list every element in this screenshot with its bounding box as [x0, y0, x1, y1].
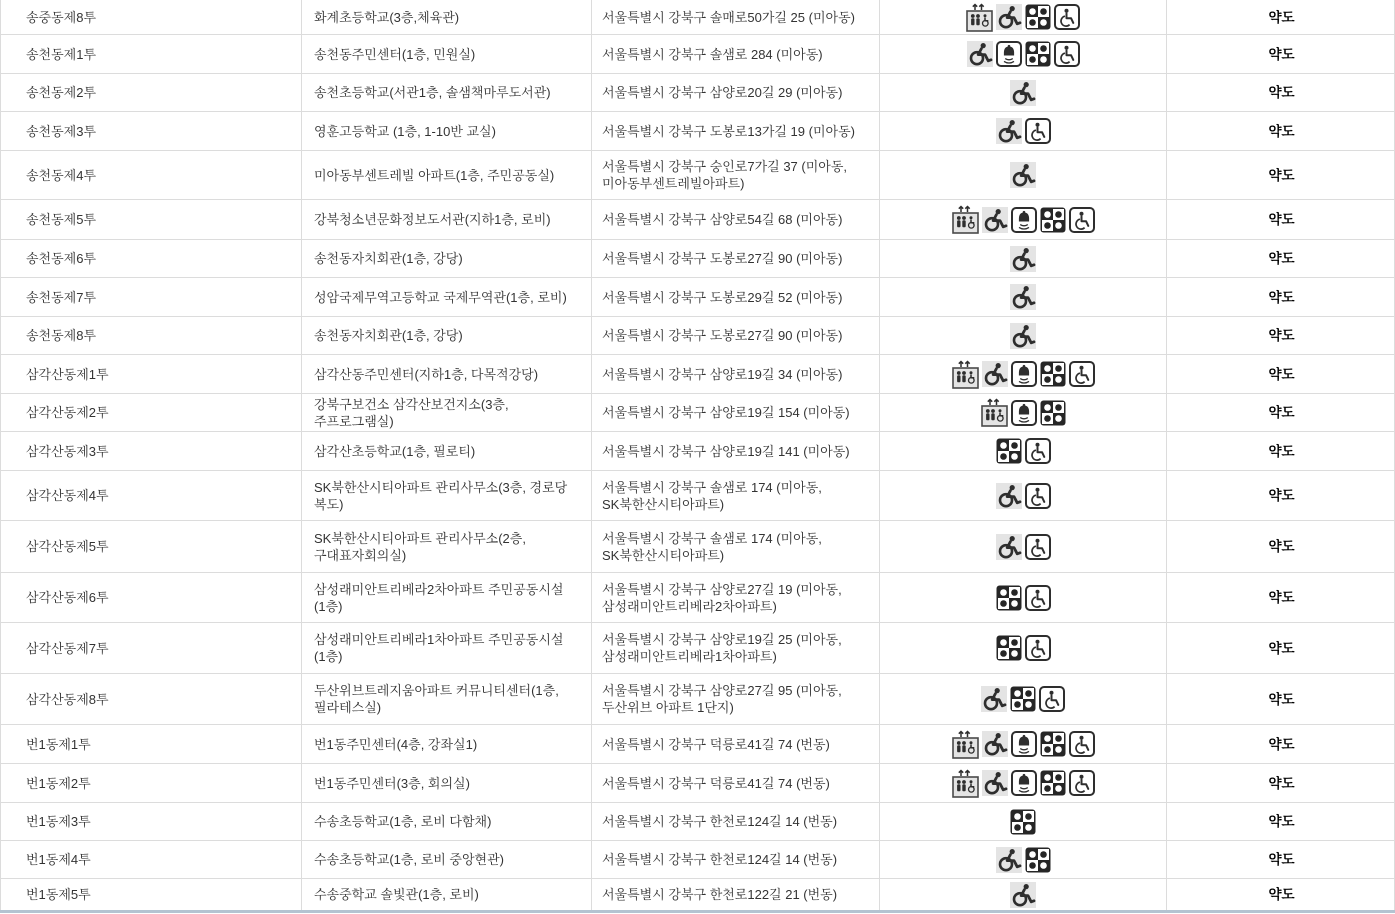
- map-cell: 약도: [1166, 879, 1395, 910]
- address-cell: 서울특별시 강북구 삼양로27길 19 (미아동, 삼성래미안트리베라2차아파트…: [591, 573, 879, 622]
- map-cell: 약도: [1166, 278, 1395, 316]
- address-cell: 서울특별시 강북구 삼양로19길 34 (미아동): [591, 355, 879, 393]
- wheelchair-ramp-icon: [1010, 284, 1036, 310]
- map-link[interactable]: 약도: [1268, 538, 1294, 555]
- facility-icons-cell: [879, 112, 1166, 150]
- facility-icons-cell: [879, 573, 1166, 622]
- map-cell: 약도: [1166, 35, 1395, 73]
- elevator-icon: [952, 360, 979, 389]
- place-cell: 성암국제무역고등학교 국제무역관(1층, 로비): [301, 278, 591, 316]
- facility-icons-cell: [879, 200, 1166, 239]
- elevator-icon: [966, 3, 993, 32]
- facility-icons-cell: [879, 0, 1166, 34]
- map-link[interactable]: 약도: [1268, 84, 1294, 101]
- place-cell: 송천동자치회관(1층, 강당): [301, 317, 591, 354]
- map-cell: 약도: [1166, 674, 1395, 724]
- place-cell: 화계초등학교(3층,체육관): [301, 0, 591, 34]
- braille-block-icon: [1025, 41, 1051, 67]
- place-cell: 삼성래미안트리베라1차아파트 주민공동시설(1층): [301, 623, 591, 673]
- elevator-icon: [952, 730, 979, 759]
- polling-station-table: 송중동제8투 화계초등학교(3층,체육관) 서울특별시 강북구 솔매로50가길 …: [0, 0, 1395, 910]
- district-cell: 삼각산동제4투: [1, 471, 301, 520]
- wheelchair-ramp-icon: [982, 361, 1008, 387]
- place-cell: SK북한산시티아파트 관리사무소(2층, 구대표자회의실): [301, 521, 591, 572]
- address-cell: 서울특별시 강북구 도봉로27길 90 (미아동): [591, 240, 879, 277]
- map-cell: 약도: [1166, 112, 1395, 150]
- map-link[interactable]: 약도: [1268, 123, 1294, 140]
- facility-icons-cell: [879, 879, 1166, 910]
- district-cell: 삼각산동제3투: [1, 432, 301, 470]
- wheelchair-ramp-icon: [982, 731, 1008, 757]
- district-cell: 송천동제8투: [1, 317, 301, 354]
- wheelchair-ramp-icon: [1010, 246, 1036, 272]
- table-row: 송천동제8투 송천동자치회관(1층, 강당) 서울특별시 강북구 도봉로27길 …: [1, 316, 1394, 354]
- district-cell: 번1동제2투: [1, 764, 301, 802]
- map-link[interactable]: 약도: [1268, 404, 1294, 421]
- address-cell: 서울특별시 강북구 솔샘로 174 (미아동, SK북한산시티아파트): [591, 471, 879, 520]
- place-cell: 삼각산동주민센터(지하1층, 다목적강당): [301, 355, 591, 393]
- district-cell: 번1동제4투: [1, 841, 301, 878]
- facility-icons-cell: [879, 764, 1166, 802]
- wheelchair-ramp-icon: [1010, 80, 1036, 106]
- call-bell-icon: [1011, 770, 1037, 796]
- address-cell: 서울특별시 강북구 도봉로13가길 19 (미아동): [591, 112, 879, 150]
- address-cell: 서울특별시 강북구 솔샘로 284 (미아동): [591, 35, 879, 73]
- map-link[interactable]: 약도: [1268, 327, 1294, 344]
- map-link[interactable]: 약도: [1268, 250, 1294, 267]
- map-link[interactable]: 약도: [1268, 886, 1294, 903]
- table-row: 송천동제4투 미아동부센트레빌 아파트(1층, 주민공동실) 서울특별시 강북구…: [1, 150, 1394, 199]
- district-cell: 삼각산동제7투: [1, 623, 301, 673]
- map-cell: 약도: [1166, 841, 1395, 878]
- facility-icons-cell: [879, 623, 1166, 673]
- map-cell: 약도: [1166, 151, 1395, 199]
- wheelchair-ramp-icon: [996, 847, 1022, 873]
- map-cell: 약도: [1166, 725, 1395, 763]
- place-cell: 강북청소년문화정보도서관(지하1층, 로비): [301, 200, 591, 239]
- table-row: 번1동제3투 수송초등학교(1층, 로비 다함채) 서울특별시 강북구 한천로1…: [1, 802, 1394, 840]
- braille-block-icon: [996, 635, 1022, 661]
- elevator-icon: [952, 769, 979, 798]
- map-cell: 약도: [1166, 764, 1395, 802]
- district-cell: 송천동제7투: [1, 278, 301, 316]
- table-row: 송천동제1투 송천동주민센터(1층, 민원실) 서울특별시 강북구 솔샘로 28…: [1, 34, 1394, 73]
- district-cell: 삼각산동제6투: [1, 573, 301, 622]
- accessible-toilet-icon: [1069, 731, 1095, 757]
- district-cell: 삼각산동제8투: [1, 674, 301, 724]
- table-row: 삼각산동제2투 강북구보건소 삼각산보건지소(3층, 주프로그램실) 서울특별시…: [1, 393, 1394, 431]
- accessible-toilet-icon: [1069, 770, 1095, 796]
- address-cell: 서울특별시 강북구 삼양로19길 141 (미아동): [591, 432, 879, 470]
- address-cell: 서울특별시 강북구 솔매로50가길 25 (미아동): [591, 0, 879, 34]
- facility-icons-cell: [879, 278, 1166, 316]
- table-row: 삼각산동제6투 삼성래미안트리베라2차아파트 주민공동시설(1층) 서울특별시 …: [1, 572, 1394, 622]
- accessible-toilet-icon: [1025, 635, 1051, 661]
- facility-icons-cell: [879, 432, 1166, 470]
- place-cell: 삼성래미안트리베라2차아파트 주민공동시설(1층): [301, 573, 591, 622]
- table-row: 번1동제1투 번1동주민센터(4층, 강좌실1) 서울특별시 강북구 덕릉로41…: [1, 724, 1394, 763]
- braille-block-icon: [1040, 361, 1066, 387]
- place-cell: 영훈고등학교 (1층, 1-10반 교실): [301, 112, 591, 150]
- district-cell: 번1동제1투: [1, 725, 301, 763]
- map-cell: 약도: [1166, 573, 1395, 622]
- call-bell-icon: [1011, 731, 1037, 757]
- map-link[interactable]: 약도: [1268, 167, 1294, 184]
- facility-icons-cell: [879, 74, 1166, 111]
- accessible-toilet-icon: [1069, 361, 1095, 387]
- wheelchair-ramp-icon: [1010, 882, 1036, 908]
- braille-block-icon: [1040, 731, 1066, 757]
- braille-block-icon: [1040, 207, 1066, 233]
- wheelchair-ramp-icon: [982, 207, 1008, 233]
- map-cell: 약도: [1166, 0, 1395, 34]
- address-cell: 서울특별시 강북구 한천로124길 14 (번동): [591, 841, 879, 878]
- facility-icons-cell: [879, 841, 1166, 878]
- table-row: 송천동제3투 영훈고등학교 (1층, 1-10반 교실) 서울특별시 강북구 도…: [1, 111, 1394, 150]
- place-cell: 수송초등학교(1층, 로비 다함채): [301, 803, 591, 840]
- facility-icons-cell: [879, 725, 1166, 763]
- facility-icons-cell: [879, 471, 1166, 520]
- braille-block-icon: [1025, 847, 1051, 873]
- wheelchair-ramp-icon: [982, 770, 1008, 796]
- map-link[interactable]: 약도: [1268, 691, 1294, 708]
- district-cell: 송천동제3투: [1, 112, 301, 150]
- address-cell: 서울특별시 강북구 삼양로19길 25 (미아동, 삼성래미안트리베라1차아파트…: [591, 623, 879, 673]
- place-cell: 번1동주민센터(4층, 강좌실1): [301, 725, 591, 763]
- accessible-toilet-icon: [1054, 41, 1080, 67]
- map-cell: 약도: [1166, 317, 1395, 354]
- accessible-toilet-icon: [1025, 534, 1051, 560]
- place-cell: 미아동부센트레빌 아파트(1층, 주민공동실): [301, 151, 591, 199]
- braille-block-icon: [996, 585, 1022, 611]
- table-row: 삼각산동제3투 삼각산초등학교(1층, 필로티) 서울특별시 강북구 삼양로19…: [1, 431, 1394, 470]
- table-row: 송천동제2투 송천초등학교(서관1층, 솔샘책마루도서관) 서울특별시 강북구 …: [1, 73, 1394, 111]
- braille-block-icon: [1025, 4, 1051, 30]
- braille-block-icon: [1010, 686, 1036, 712]
- map-cell: 약도: [1166, 74, 1395, 111]
- district-cell: 송천동제4투: [1, 151, 301, 199]
- district-cell: 번1동제5투: [1, 879, 301, 910]
- wheelchair-ramp-icon: [996, 118, 1022, 144]
- place-cell: 수송중학교 솔빛관(1층, 로비): [301, 879, 591, 910]
- accessible-toilet-icon: [1025, 585, 1051, 611]
- map-link[interactable]: 약도: [1268, 813, 1294, 830]
- table-row: 삼각산동제8투 두산위브트레지움아파트 커뮤니티센터(1층, 필라테스실) 서울…: [1, 673, 1394, 724]
- braille-block-icon: [1040, 770, 1066, 796]
- facility-icons-cell: [879, 803, 1166, 840]
- elevator-icon: [952, 205, 979, 234]
- facility-icons-cell: [879, 317, 1166, 354]
- map-cell: 약도: [1166, 355, 1395, 393]
- facility-icons-cell: [879, 674, 1166, 724]
- map-cell: 약도: [1166, 521, 1395, 572]
- map-link[interactable]: 약도: [1268, 851, 1294, 868]
- map-cell: 약도: [1166, 471, 1395, 520]
- place-cell: 두산위브트레지움아파트 커뮤니티센터(1층, 필라테스실): [301, 674, 591, 724]
- map-link[interactable]: 약도: [1268, 366, 1294, 383]
- call-bell-icon: [1011, 400, 1037, 426]
- braille-block-icon: [996, 438, 1022, 464]
- address-cell: 서울특별시 강북구 숭인로7가길 37 (미아동, 미아동부센트레빌아파트): [591, 151, 879, 199]
- facility-icons-cell: [879, 151, 1166, 199]
- map-cell: 약도: [1166, 803, 1395, 840]
- place-cell: SK북한산시티아파트 관리사무소(3층, 경로당 복도): [301, 471, 591, 520]
- place-cell: 송천동주민센터(1층, 민원실): [301, 35, 591, 73]
- table-row: 삼각산동제7투 삼성래미안트리베라1차아파트 주민공동시설(1층) 서울특별시 …: [1, 622, 1394, 673]
- map-link[interactable]: 약도: [1268, 640, 1294, 657]
- call-bell-icon: [996, 41, 1022, 67]
- braille-block-icon: [1010, 809, 1036, 835]
- accessible-toilet-icon: [1025, 438, 1051, 464]
- district-cell: 삼각산동제2투: [1, 394, 301, 431]
- accessible-toilet-icon: [1025, 483, 1051, 509]
- district-cell: 송천동제5투: [1, 200, 301, 239]
- map-link[interactable]: 약도: [1268, 736, 1294, 753]
- table-row: 송천동제7투 성암국제무역고등학교 국제무역관(1층, 로비) 서울특별시 강북…: [1, 277, 1394, 316]
- map-cell: 약도: [1166, 240, 1395, 277]
- district-cell: 번1동제3투: [1, 803, 301, 840]
- table-row: 번1동제5투 수송중학교 솔빛관(1층, 로비) 서울특별시 강북구 한천로12…: [1, 878, 1394, 910]
- facility-icons-cell: [879, 521, 1166, 572]
- table-row: 삼각산동제4투 SK북한산시티아파트 관리사무소(3층, 경로당 복도) 서울특…: [1, 470, 1394, 520]
- facility-icons-cell: [879, 355, 1166, 393]
- district-cell: 송천동제1투: [1, 35, 301, 73]
- map-link[interactable]: 약도: [1268, 589, 1294, 606]
- wheelchair-ramp-icon: [1010, 323, 1036, 349]
- map-link[interactable]: 약도: [1268, 775, 1294, 792]
- place-cell: 송천동자치회관(1층, 강당): [301, 240, 591, 277]
- address-cell: 서울특별시 강북구 솔샘로 174 (미아동, SK북한산시티아파트): [591, 521, 879, 572]
- map-link[interactable]: 약도: [1268, 46, 1294, 63]
- table-row: 송천동제6투 송천동자치회관(1층, 강당) 서울특별시 강북구 도봉로27길 …: [1, 239, 1394, 277]
- facility-icons-cell: [879, 35, 1166, 73]
- address-cell: 서울특별시 강북구 한천로124길 14 (번동): [591, 803, 879, 840]
- address-cell: 서울특별시 강북구 한천로122길 21 (번동): [591, 879, 879, 910]
- elevator-icon: [981, 398, 1008, 427]
- address-cell: 서울특별시 강북구 삼양로54길 68 (미아동): [591, 200, 879, 239]
- call-bell-icon: [1011, 361, 1037, 387]
- map-cell: 약도: [1166, 200, 1395, 239]
- table-row: 삼각산동제1투 삼각산동주민센터(지하1층, 다목적강당) 서울특별시 강북구 …: [1, 354, 1394, 393]
- wheelchair-ramp-icon: [996, 4, 1022, 30]
- place-cell: 송천초등학교(서관1층, 솔샘책마루도서관): [301, 74, 591, 111]
- table-row: 삼각산동제5투 SK북한산시티아파트 관리사무소(2층, 구대표자회의실) 서울…: [1, 520, 1394, 572]
- accessible-toilet-icon: [1054, 4, 1080, 30]
- map-cell: 약도: [1166, 394, 1395, 431]
- address-cell: 서울특별시 강북구 덕릉로41길 74 (번동): [591, 764, 879, 802]
- table-row: 송중동제8투 화계초등학교(3층,체육관) 서울특별시 강북구 솔매로50가길 …: [1, 0, 1394, 34]
- map-link[interactable]: 약도: [1268, 289, 1294, 306]
- address-cell: 서울특별시 강북구 삼양로19길 154 (미아동): [591, 394, 879, 431]
- facility-icons-cell: [879, 394, 1166, 431]
- map-cell: 약도: [1166, 623, 1395, 673]
- call-bell-icon: [1011, 207, 1037, 233]
- map-link[interactable]: 약도: [1268, 211, 1294, 228]
- map-cell: 약도: [1166, 432, 1395, 470]
- wheelchair-ramp-icon: [996, 483, 1022, 509]
- table-row: 번1동제2투 번1동주민센터(3층, 회의실) 서울특별시 강북구 덕릉로41길…: [1, 763, 1394, 802]
- address-cell: 서울특별시 강북구 덕릉로41길 74 (번동): [591, 725, 879, 763]
- map-link[interactable]: 약도: [1268, 9, 1294, 26]
- address-cell: 서울특별시 강북구 삼양로27길 95 (미아동, 두산위브 아파트 1단지): [591, 674, 879, 724]
- facility-icons-cell: [879, 240, 1166, 277]
- place-cell: 강북구보건소 삼각산보건지소(3층, 주프로그램실): [301, 394, 591, 431]
- place-cell: 번1동주민센터(3층, 회의실): [301, 764, 591, 802]
- wheelchair-ramp-icon: [996, 534, 1022, 560]
- district-cell: 송천동제2투: [1, 74, 301, 111]
- map-link[interactable]: 약도: [1268, 443, 1294, 460]
- map-link[interactable]: 약도: [1268, 487, 1294, 504]
- accessible-toilet-icon: [1039, 686, 1065, 712]
- district-cell: 송천동제6투: [1, 240, 301, 277]
- place-cell: 삼각산초등학교(1층, 필로티): [301, 432, 591, 470]
- wheelchair-ramp-icon: [1010, 162, 1036, 188]
- district-cell: 삼각산동제1투: [1, 355, 301, 393]
- table-bottom-border: [0, 910, 1395, 913]
- braille-block-icon: [1040, 400, 1066, 426]
- polling-station-page: 송중동제8투 화계초등학교(3층,체육관) 서울특별시 강북구 솔매로50가길 …: [0, 0, 1395, 914]
- wheelchair-ramp-icon: [967, 41, 993, 67]
- accessible-toilet-icon: [1025, 118, 1051, 144]
- address-cell: 서울특별시 강북구 도봉로27길 90 (미아동): [591, 317, 879, 354]
- accessible-toilet-icon: [1069, 207, 1095, 233]
- table-row: 번1동제4투 수송초등학교(1층, 로비 중앙현관) 서울특별시 강북구 한천로…: [1, 840, 1394, 878]
- address-cell: 서울특별시 강북구 도봉로29길 52 (미아동): [591, 278, 879, 316]
- address-cell: 서울특별시 강북구 삼양로20길 29 (미아동): [591, 74, 879, 111]
- place-cell: 수송초등학교(1층, 로비 중앙현관): [301, 841, 591, 878]
- district-cell: 송중동제8투: [1, 0, 301, 34]
- district-cell: 삼각산동제5투: [1, 521, 301, 572]
- wheelchair-ramp-icon: [981, 686, 1007, 712]
- table-row: 송천동제5투 강북청소년문화정보도서관(지하1층, 로비) 서울특별시 강북구 …: [1, 199, 1394, 239]
